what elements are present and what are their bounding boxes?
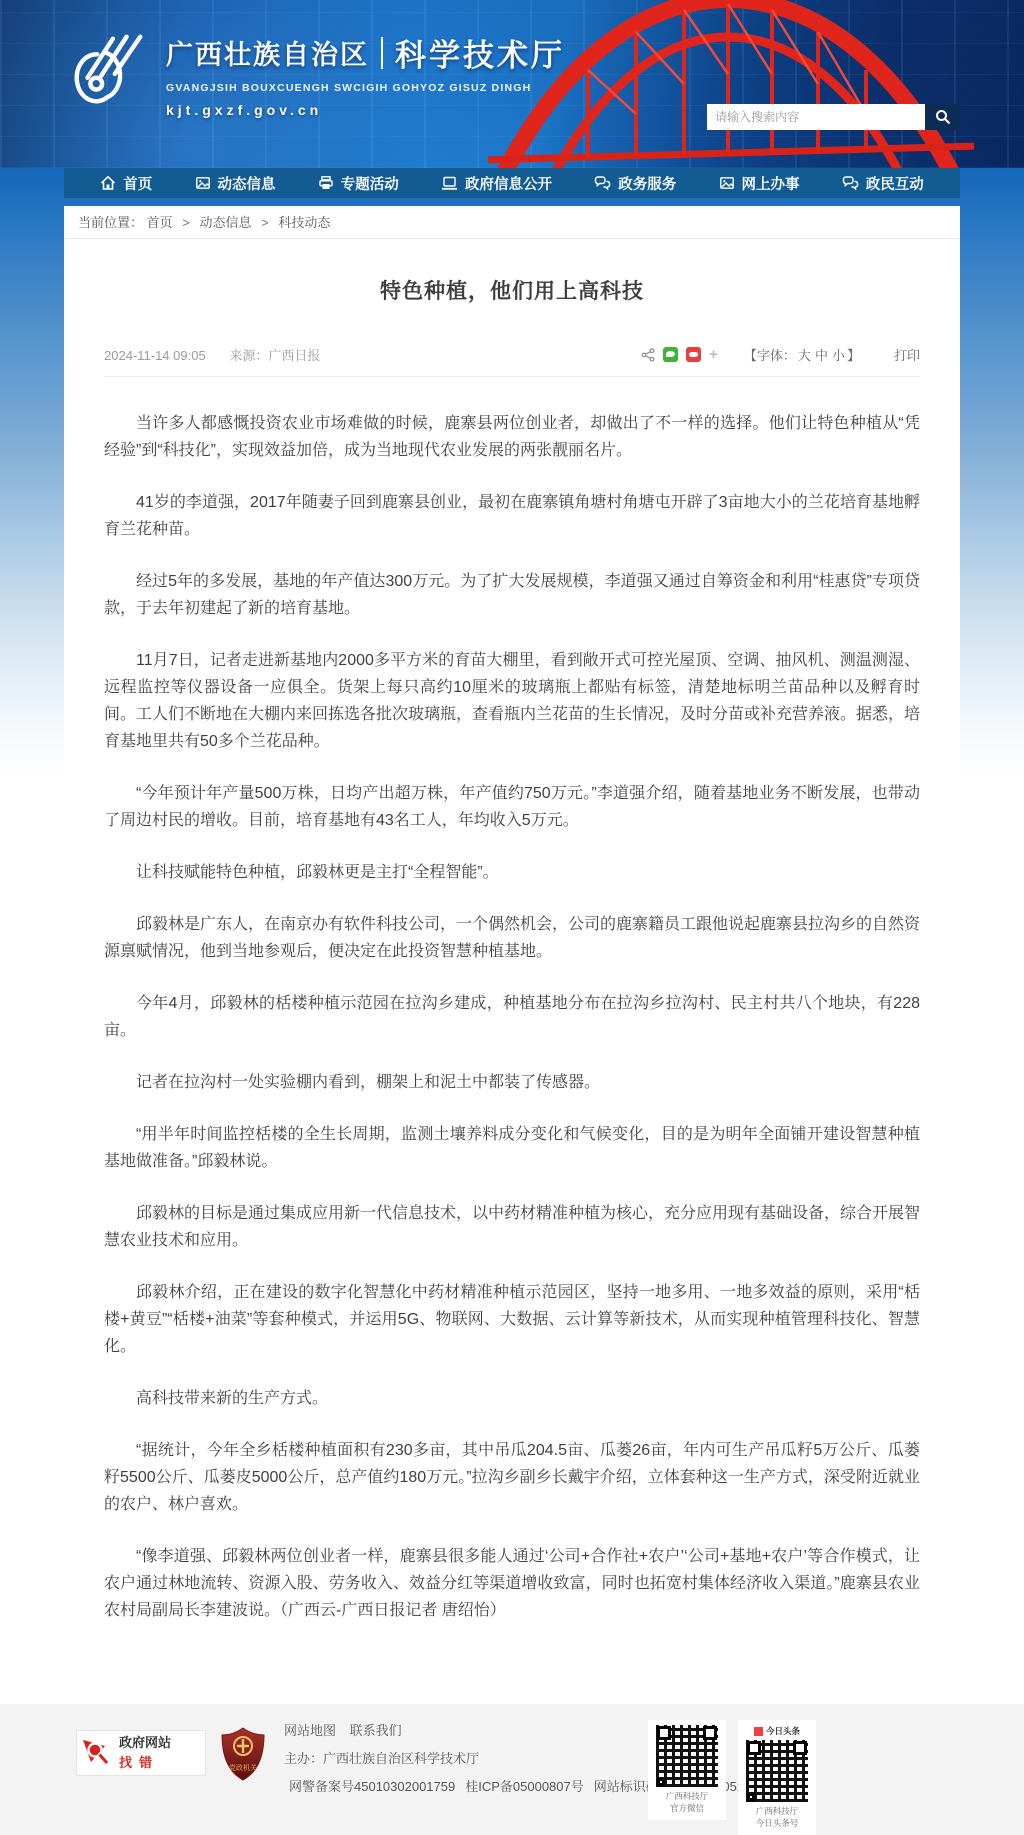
article-paragraph: 高科技带来新的生产方式。 [104,1385,920,1412]
printer-icon [318,175,334,191]
article-paragraph: 经过5年的多发展，基地的年产值达300万元。为了扩大发展规模，李道强又通过自筹资… [104,568,920,622]
chat-icon [842,175,859,191]
page: 广西壮族自治区 科学技术厅 GVANGJSIH BOUXCUENGH SWCIG… [0,0,1024,1835]
footer-text: 网站地图 联系我们 主办：广西壮族自治区科学技术厅 网警备案号450103020… [284,1720,636,1804]
nav-item-label: 政府信息公开 [465,173,552,194]
error-report-icon [81,1736,115,1770]
content-card: 当前位置： 首页 > 动态信息 > 科技动态 特色种植，他们用上高科技 2024… [64,206,960,1680]
article-paragraph: 让科技赋能特色种植，邱毅林更是主打“全程智能”。 [104,859,920,886]
weibo-share-icon[interactable] [686,347,701,362]
chat-icon [594,175,611,191]
article-paragraph: “今年预计年产量500万株，日均产出超万株，年产值约750万元。”李道强介绍，随… [104,780,920,834]
site-header: 广西壮族自治区 科学技术厅 GVANGJSIH BOUXCUENGH SWCIG… [0,0,1024,168]
article-source: 来源：广西日报 [229,348,320,363]
nav-item-label: 首页 [123,173,152,194]
breadcrumb-tech-news[interactable]: 科技动态 [278,215,330,230]
nav-item-public-interaction[interactable]: 政民互动 [836,168,930,198]
main-nav: 首页 动态信息 专题活动 政府信息公开 政务服务 [64,168,960,198]
nav-item-label: 专题活动 [341,173,399,194]
font-label-close: 】 [847,348,860,363]
article-paragraph: 当许多人都感慨投资农业市场难做的时候，鹿寨县两位创业者，却做出了不一样的选择。他… [104,410,920,464]
icp-record: 桂ICP备05000807号 [465,1776,584,1795]
wechat-qr-caption-line1: 广西科技厅 [666,1791,709,1801]
laptop-icon [441,175,458,191]
article-paragraph: 今年4月，邱毅林的栝楼种植示范园在拉沟乡建成，种植基地分布在拉沟乡拉沟村、民主村… [104,990,920,1044]
search-icon [935,109,951,125]
zhuang-language-name: GVANGJSIH BOUXCUENGH SWCIGIH GOHYOZ GISU… [166,82,565,94]
article-paragraph: 11月7日，记者走进新基地内2000多平方米的育苗大棚里，看到敞开式可控光屋顶、… [104,647,920,755]
share-icon[interactable] [641,348,655,362]
wechat-qr-code [656,1725,718,1787]
breadcrumb-separator: > [261,215,269,230]
nav-item-home[interactable]: 首页 [94,168,158,198]
contact-link[interactable]: 联系我们 [350,1723,402,1738]
article-paragraph: 邱毅林是广东人，在南京办有软件科技公司，一个偶然机会，公司的鹿寨籍员工跟他说起鹿… [104,911,920,965]
site-footer: 政府网站 找错 党政机关 [0,1704,1024,1835]
toutiao-logo-icon [754,1727,763,1736]
article-paragraph: 邱毅林介绍，正在建设的数字化智慧化中药材精准种植示范园区，坚持一地多用、一地多效… [104,1279,920,1360]
article-paragraph: “据统计，今年全乡栝楼种植面积有230多亩，其中吊瓜204.5亩、瓜蒌26亩，年… [104,1437,920,1518]
nav-item-online-affairs[interactable]: 网上办事 [713,168,806,198]
site-logo [64,24,152,116]
badge-find-line2: 找错 [119,1755,159,1770]
font-size-small[interactable]: 小 [832,348,845,363]
more-share-icon[interactable]: + [709,346,718,363]
breadcrumb-news[interactable]: 动态信息 [200,215,252,230]
article-paragraph: 41岁的李道强，2017年随妻子回到鹿寨县创业，最初在鹿寨镇角塘村角塘屯开辟了3… [104,489,920,543]
nav-item-gov-info[interactable]: 政府信息公开 [435,168,558,198]
party-gov-badge[interactable]: 党政机关 [220,1726,266,1782]
footer-organizer: 主办：广西壮族自治区科学技术厅 [284,1748,636,1767]
article-body: 当许多人都感慨投资农业市场难做的时候，鹿寨县两位创业者，却做出了不一样的选择。他… [104,410,920,1624]
wechat-qr-caption-line2: 官方微信 [670,1803,704,1813]
party-gov-badge-label: 党政机关 [229,1763,257,1772]
article-meta-left: 2024-11-14 09:05 来源：广西日报 [104,345,320,364]
nav-item-topics[interactable]: 专题活动 [312,168,405,198]
police-record: 网警备案号45010302001759 [289,1776,455,1795]
article-title: 特色种植，他们用上高科技 [104,275,920,305]
toutiao-qr-caption-line2: 今日头条号 [756,1818,799,1828]
article-paragraph: 邱毅林的目标是通过集成应用新一代信息技术，以中药材精准种植为核心，充分应用现有基… [104,1200,920,1254]
article-meta: 2024-11-14 09:05 来源：广西日报 + 【字体：大中小】 打印 [104,345,920,377]
font-size-medium[interactable]: 中 [815,348,828,363]
article-paragraph: 记者在拉沟村一处实验棚内看到，棚架上和泥土中都装了传感器。 [104,1069,920,1096]
gov-site-error-report-badge[interactable]: 政府网站 找错 [76,1730,206,1776]
sitemap-link[interactable]: 网站地图 [284,1723,336,1738]
nav-item-label: 网上办事 [742,173,800,194]
wechat-share-icon[interactable] [663,347,678,362]
nav-item-gov-services[interactable]: 政务服务 [588,168,682,198]
breadcrumb-separator: > [182,215,190,230]
nav-item-news[interactable]: 动态信息 [189,168,282,198]
wechat-qr-box: 广西科技厅 官方微信 [648,1720,726,1820]
toutiao-qr-box: 今日头条 广西科技厅 今日头条号 [738,1720,816,1835]
image-icon [719,175,735,191]
site-title-block: 广西壮族自治区 科学技术厅 GVANGJSIH BOUXCUENGH SWCIG… [166,30,565,118]
region-name: 广西壮族自治区 [166,33,369,72]
title-divider [381,37,383,69]
search-input[interactable] [707,104,925,130]
footer-links: 网站地图 联系我们 [284,1720,636,1739]
toutiao-qr-caption-line1: 广西科技厅 [756,1806,799,1816]
home-icon [100,175,116,191]
toutiao-qr-code [746,1740,808,1802]
article: 特色种植，他们用上高科技 2024-11-14 09:05 来源：广西日报 [64,275,960,1680]
article-paragraph: “像李道强、邱毅林两位创业者一样，鹿寨县很多能人通过‘公司+合作社+农户’‘公司… [104,1543,920,1624]
nav-item-label: 动态信息 [218,173,276,194]
search-button[interactable] [925,104,960,130]
department-name: 科学技术厅 [395,30,565,75]
font-size-large[interactable]: 大 [798,348,811,363]
publish-date: 2024-11-14 09:05 [104,348,206,363]
article-paragraph: “用半年时间监控栝楼的全生长周期，监测土壤养料成分变化和气候变化，目的是为明年全… [104,1121,920,1175]
footer-records: 网警备案号45010302001759 桂ICP备05000807号 网站标识码… [284,1776,636,1795]
nav-item-label: 政务服务 [618,173,676,194]
breadcrumb-prefix: 当前位置： [78,215,143,230]
badge-find-line1: 政府网站 [119,1735,171,1750]
font-label-open: 【字体： [744,348,796,363]
nav-item-label: 政民互动 [866,173,924,194]
print-button[interactable]: 打印 [894,345,920,364]
image-icon [195,175,211,191]
article-meta-right: + 【字体：大中小】 打印 [641,345,920,364]
breadcrumb: 当前位置： 首页 > 动态信息 > 科技动态 [64,206,960,239]
site-url: kjt.gxzf.gov.cn [166,102,565,118]
search-bar [707,104,960,130]
breadcrumb-home[interactable]: 首页 [147,215,173,230]
font-size-control: 【字体：大中小】 [744,345,860,364]
toutiao-badge-label: 今日头条 [766,1725,800,1737]
